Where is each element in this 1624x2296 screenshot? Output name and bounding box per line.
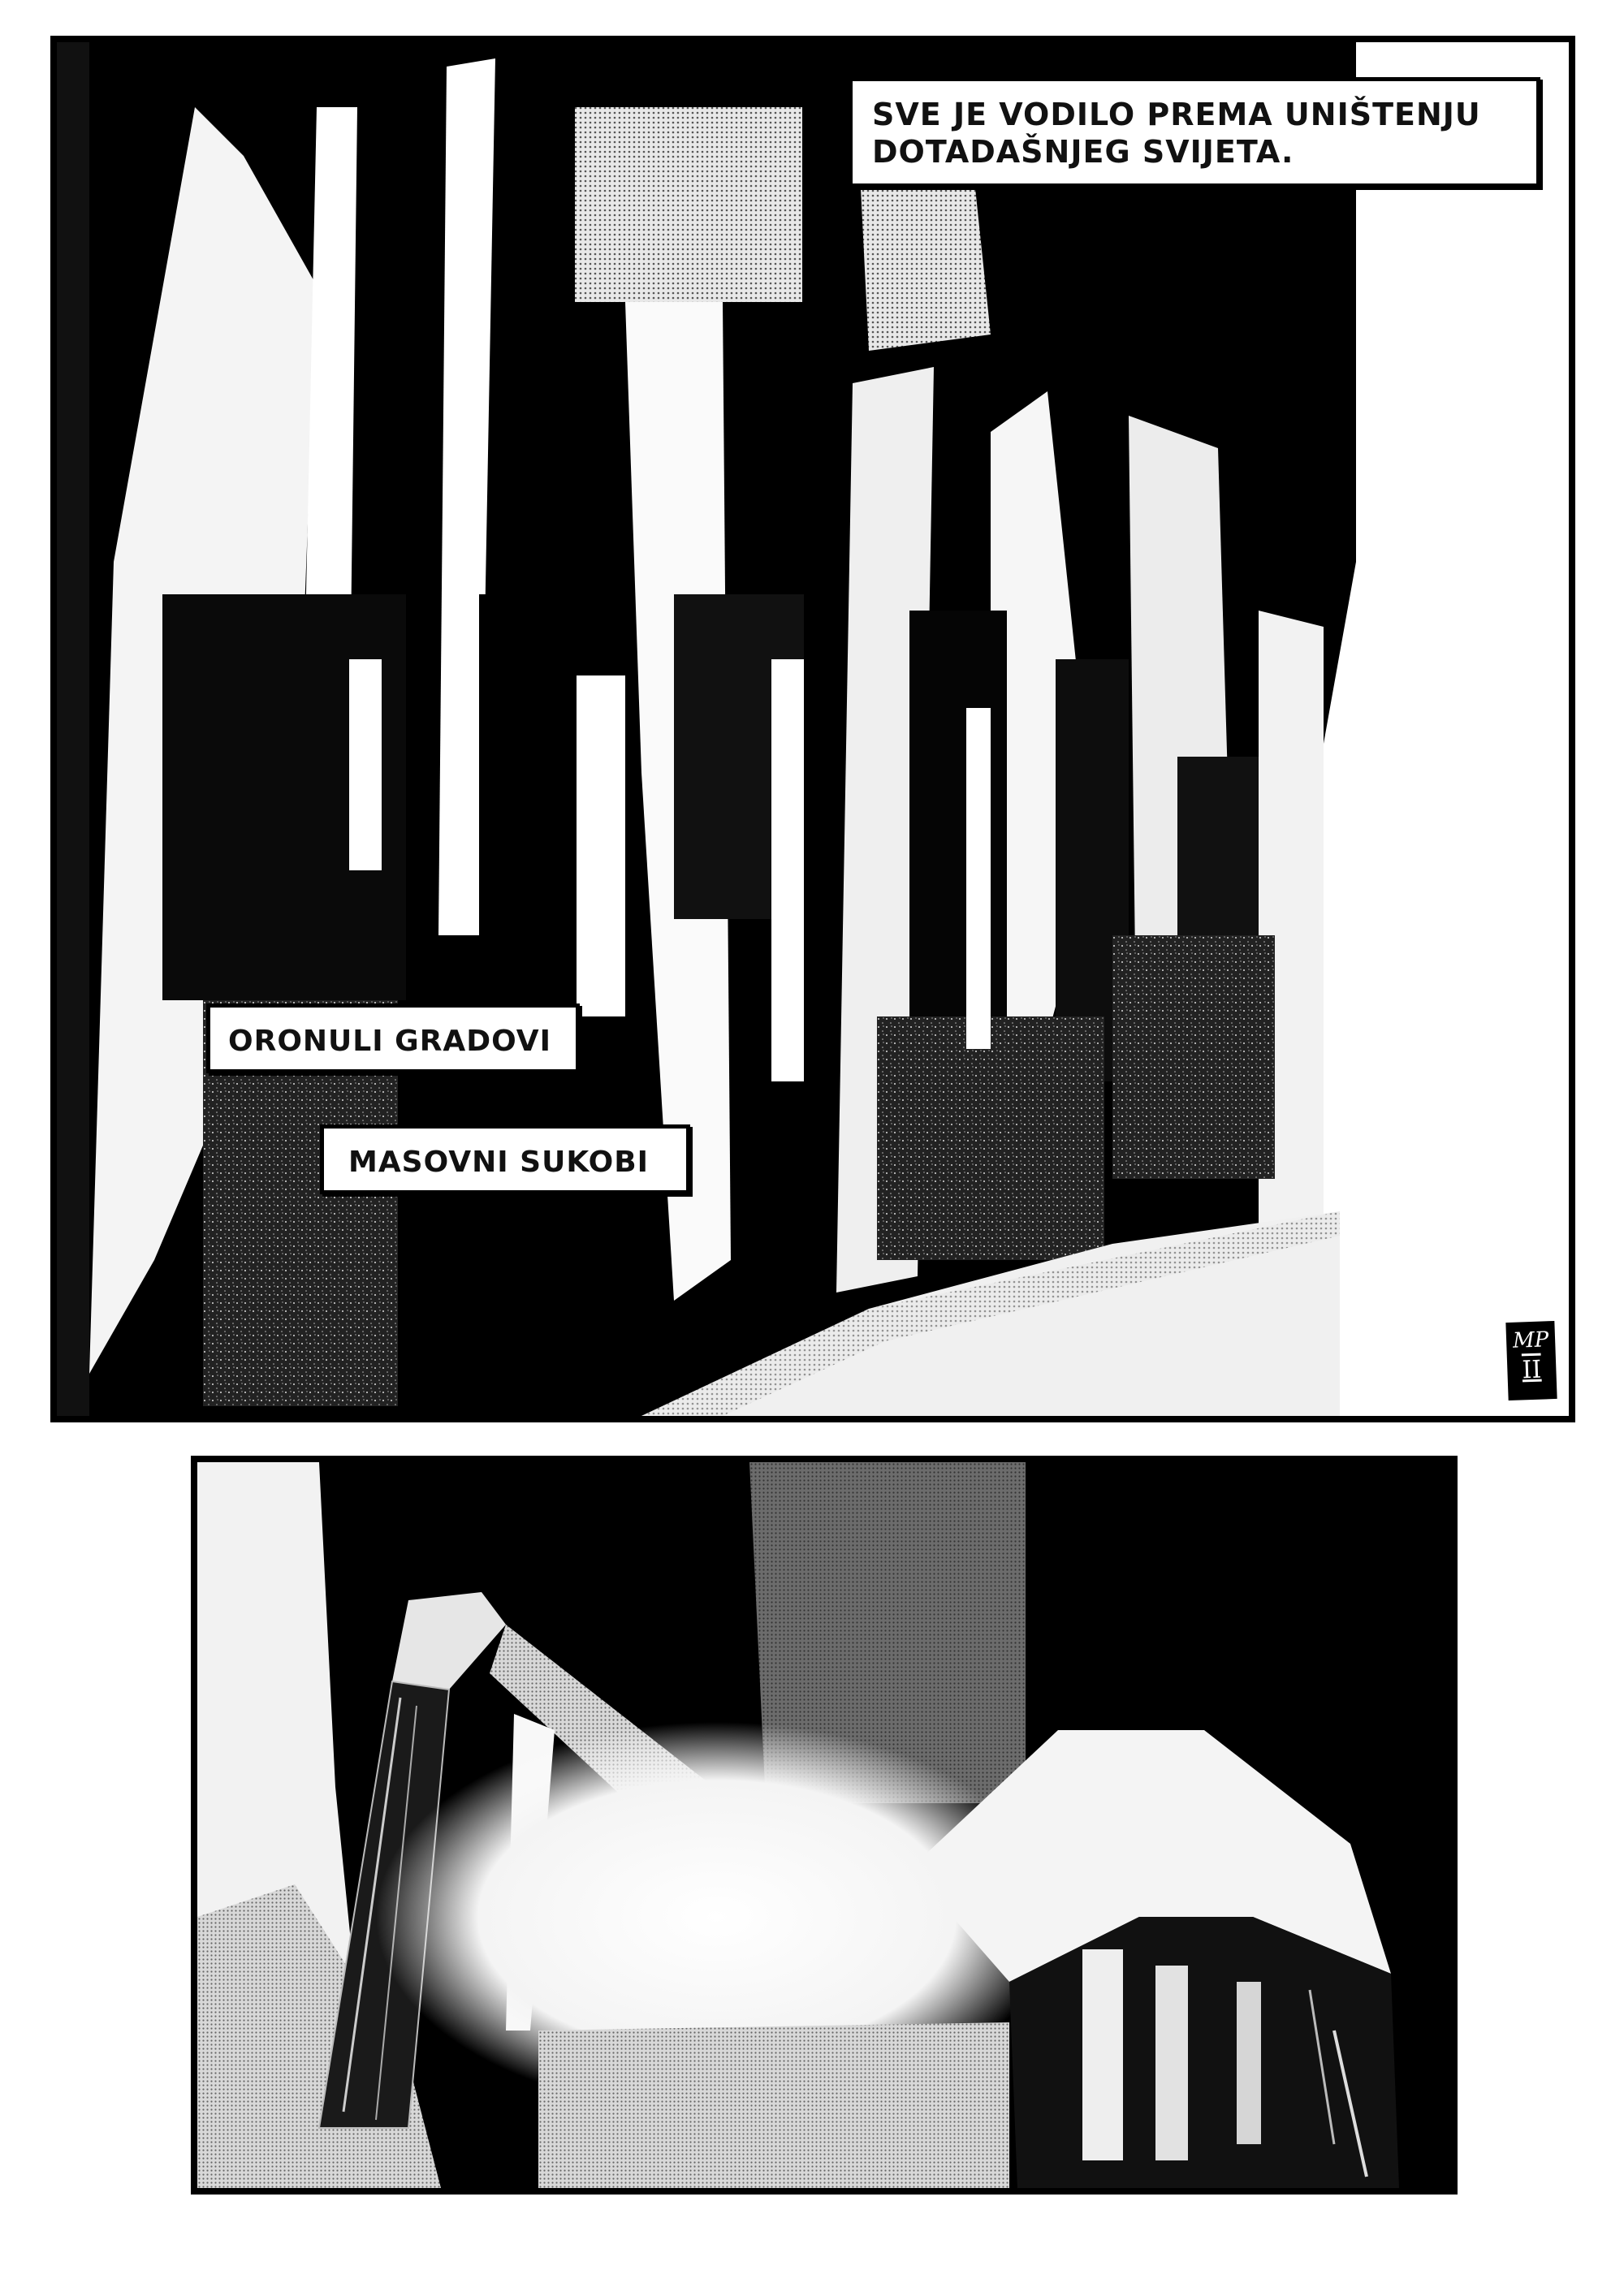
- cityscape-artwork: [57, 42, 1569, 1416]
- explosion-artwork: [197, 1462, 1451, 2188]
- caption-line-1: SVE JE VODILO PREMA UNIŠTENJU: [872, 96, 1517, 133]
- signature-initials: MP: [1506, 1326, 1556, 1355]
- narration-caption-top: SVE JE VODILO PREMA UNIŠTENJU DOTADAŠNJE…: [849, 77, 1540, 188]
- narration-caption-conflicts: MASOVNI SUKOBI: [320, 1124, 690, 1194]
- comic-panel-bottom: [191, 1456, 1458, 2195]
- narration-caption-cities: ORONULI GRADOVI: [206, 1003, 580, 1073]
- caption-line-2: DOTADAŠNJEG SVIJETA.: [872, 133, 1517, 170]
- comic-panel-top: MP II: [50, 36, 1575, 1422]
- artist-signature: MP II: [1505, 1321, 1557, 1400]
- signature-numeral: II: [1507, 1353, 1557, 1388]
